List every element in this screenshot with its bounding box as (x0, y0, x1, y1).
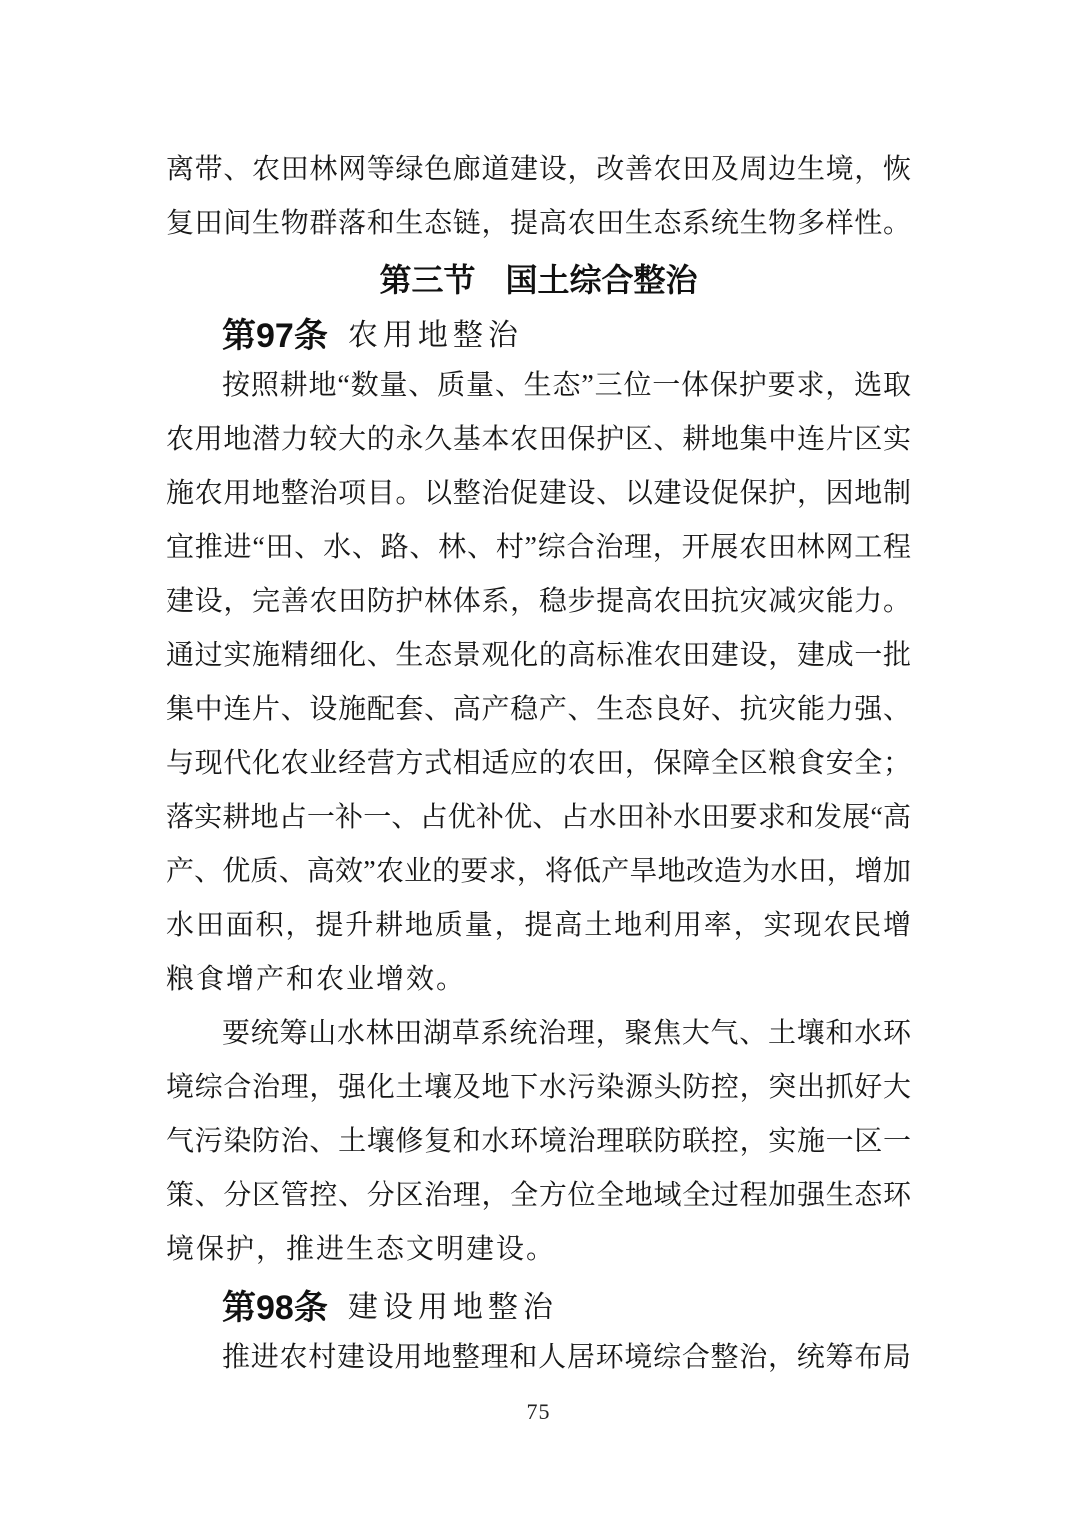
paragraph-line: 策、分区管控、分区治理，全方位全地域全过程加强生态环 (166, 1169, 911, 1223)
paragraph-line: 气污染防治、土壤修复和水环境治理联防联控，实施一区一 (166, 1115, 911, 1169)
paragraph-last-line: 境保护，推进生态文明建设。 (166, 1223, 911, 1277)
article-97-heading: 第97条 农用地整治 (166, 305, 911, 359)
article-98-title: 建设用地整治 (348, 1282, 558, 1326)
paragraph-line: 产、优质、高效”农业的要求，将低产旱地改造为水田，增加 (166, 845, 911, 899)
paragraph-line: 农用地潜力较大的永久基本农田保护区、耕地集中连片区实 (166, 413, 911, 467)
page-number: 75 (166, 1385, 911, 1439)
paragraph-line: 复田间生物群落和生态链，提高农田生态系统生物多样性。 (166, 197, 911, 251)
article-97-number: 第97条 (222, 308, 328, 357)
article-98-number: 第98条 (222, 1280, 328, 1329)
section-heading-number: 第三节 (379, 255, 475, 301)
paragraph-line: 集中连片、设施配套、高产稳产、生态良好、抗灾能力强、 (166, 683, 911, 737)
paragraph-line: 与现代化农业经营方式相适应的农田，保障全区粮食安全； (166, 737, 911, 791)
paragraph-line: 建设，完善农田防护林体系，稳步提高农田抗灾减灾能力。 (166, 575, 911, 629)
paragraph-line: 施农用地整治项目。以整治促建设、以建设促保护，因地制 (166, 467, 911, 521)
paragraph-line: 推进农村建设用地整理和人居环境综合整治，统筹布局 (166, 1331, 911, 1385)
article-98-heading: 第98条 建设用地整治 (166, 1277, 911, 1331)
section-heading-title: 国土综合整治 (506, 255, 698, 301)
paragraph-line: 离带、农田林网等绿色廊道建设，改善农田及周边生境，恢 (166, 143, 911, 197)
page-content: 离带、农田林网等绿色廊道建设，改善农田及周边生境，恢 复田间生物群落和生态链，提… (166, 143, 911, 1439)
paragraph-line: 境综合治理，强化土壤及地下水污染源头防控，突出抓好大 (166, 1061, 911, 1115)
paragraph-line: 要统筹山水林田湖草系统治理，聚焦大气、土壤和水环 (166, 1007, 911, 1061)
section-heading: 第三节 国土综合整治 (166, 251, 911, 305)
document-page: 离带、农田林网等绿色廊道建设，改善农田及周边生境，恢 复田间生物群落和生态链，提… (0, 0, 1074, 1520)
paragraph-line: 按照耕地“数量、质量、生态”三位一体保护要求，选取 (166, 359, 911, 413)
paragraph-last-line: 粮食增产和农业增效。 (166, 953, 911, 1007)
paragraph-line: 水田面积，提升耕地质量，提高土地利用率，实现农民增收、 (166, 899, 911, 953)
paragraph-line: 通过实施精细化、生态景观化的高标准农田建设，建成一批 (166, 629, 911, 683)
paragraph-line: 宜推进“田、水、路、林、村”综合治理，开展农田林网工程 (166, 521, 911, 575)
paragraph-line: 落实耕地占一补一、占优补优、占水田补水田要求和发展“高 (166, 791, 911, 845)
article-97-title: 农用地整治 (348, 310, 523, 354)
